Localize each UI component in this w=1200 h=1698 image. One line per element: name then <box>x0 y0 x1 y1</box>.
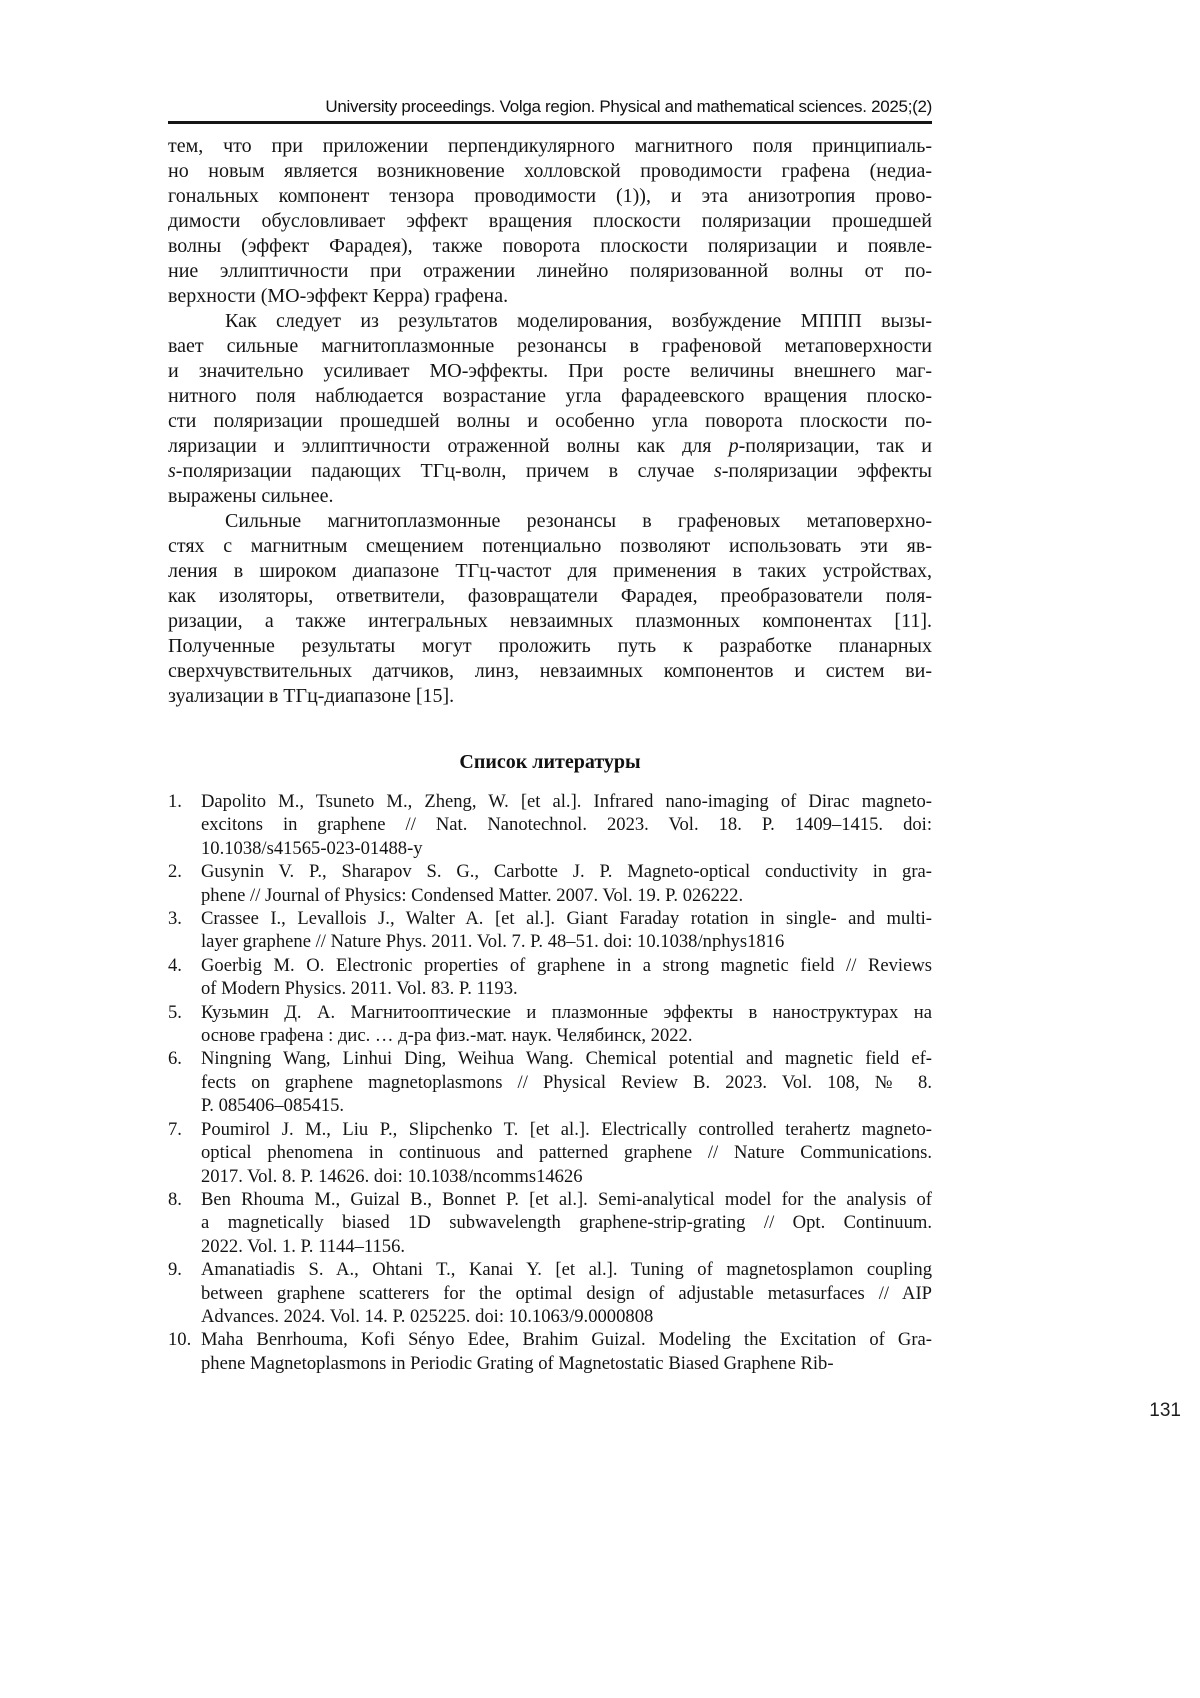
reference-line: основе графена : дис. … д-ра физ.-мат. н… <box>201 1024 932 1047</box>
reference-body: Goerbig M. O. Electronic properties of g… <box>201 954 932 1001</box>
body-text: тем, что при приложении перпендикулярног… <box>168 134 932 1375</box>
reference-line: Gusynin V. P., Sharapov S. G., Carbotte … <box>201 860 932 883</box>
reference-line: 2017. Vol. 8. P. 14626. doi: 10.1038/nco… <box>201 1165 932 1188</box>
body-line: гональных компонент тензора проводимости… <box>168 184 932 209</box>
reference-body: Dapolito M., Tsuneto M., Zheng, W. [et a… <box>201 790 932 860</box>
reference-line: Amanatiadis S. A., Ohtani T., Kanai Y. [… <box>201 1258 932 1281</box>
reference-number: 4. <box>168 954 201 1001</box>
body-line: ляризации и эллиптичности отраженной вол… <box>168 434 932 459</box>
body-line: Как следует из результатов моделирования… <box>168 309 932 334</box>
references-list: 1.Dapolito M., Tsuneto M., Zheng, W. [et… <box>168 790 932 1375</box>
body-line: s-поляризации падающих ТГц-волн, причем … <box>168 459 932 484</box>
body-line: тем, что при приложении перпендикулярног… <box>168 134 932 159</box>
reference-line: phene Magnetoplasmons in Periodic Gratin… <box>201 1352 932 1375</box>
body-paragraph: Как следует из результатов моделирования… <box>168 309 932 509</box>
reference-number: 2. <box>168 860 201 907</box>
body-paragraph: тем, что при приложении перпендикулярног… <box>168 134 932 309</box>
reference-number: 3. <box>168 907 201 954</box>
body-line: стях с магнитным смещением потенциально … <box>168 534 932 559</box>
reference-number: 8. <box>168 1188 201 1258</box>
reference-line: Advances. 2024. Vol. 14. P. 025225. doi:… <box>201 1305 932 1328</box>
body-line: ления в широком диапазоне ТГц-частот для… <box>168 559 932 584</box>
reference-line: Dapolito M., Tsuneto M., Zheng, W. [et a… <box>201 790 932 813</box>
reference-number: 6. <box>168 1047 201 1117</box>
reference-number: 9. <box>168 1258 201 1328</box>
reference-item: 9.Amanatiadis S. A., Ohtani T., Kanai Y.… <box>168 1258 932 1328</box>
body-line: сверхчувствительных датчиков, линз, невз… <box>168 659 932 684</box>
reference-body: Amanatiadis S. A., Ohtani T., Kanai Y. [… <box>201 1258 932 1328</box>
body-line: сти поляризации прошедшей волны и особен… <box>168 409 932 434</box>
references-heading: Список литературы <box>168 750 932 775</box>
paragraphs-container: тем, что при приложении перпендикулярног… <box>168 134 932 709</box>
reference-body: Ningning Wang, Linhui Ding, Weihua Wang.… <box>201 1047 932 1117</box>
body-line: и значительно усиливает МО-эффекты. При … <box>168 359 932 384</box>
body-line: ние эллиптичности при отражении линейно … <box>168 259 932 284</box>
reference-line: 2022. Vol. 1. P. 1144–1156. <box>201 1235 932 1258</box>
reference-item: 5.Кузьмин Д. А. Магнитооптические и плаз… <box>168 1001 932 1048</box>
body-line: Полученные результаты могут проложить пу… <box>168 634 932 659</box>
reference-body: Кузьмин Д. А. Магнитооптические и плазмо… <box>201 1001 932 1048</box>
reference-number: 7. <box>168 1118 201 1188</box>
reference-line: Crassee I., Levallois J., Walter A. [et … <box>201 907 932 930</box>
reference-line: 10.1038/s41565-023-01488-y <box>201 837 932 860</box>
reference-number: 5. <box>168 1001 201 1048</box>
reference-item: 8.Ben Rhouma M., Guizal B., Bonnet P. [e… <box>168 1188 932 1258</box>
reference-body: Maha Benrhouma, Kofi Sényo Edee, Brahim … <box>201 1328 932 1375</box>
reference-line: fects on graphene magnetoplasmons // Phy… <box>201 1071 932 1094</box>
reference-line: Maha Benrhouma, Kofi Sényo Edee, Brahim … <box>201 1328 932 1351</box>
reference-line: P. 085406–085415. <box>201 1094 932 1117</box>
body-line: верхности (МО-эффект Керра) графена. <box>168 284 932 309</box>
body-line: ризации, а также интегральных невзаимных… <box>168 609 932 634</box>
body-line: димости обусловливает эффект вращения пл… <box>168 209 932 234</box>
reference-line: phene // Journal of Physics: Condensed M… <box>201 884 932 907</box>
reference-number: 10. <box>168 1328 201 1375</box>
page-number: 131 <box>0 1400 1200 1422</box>
reference-line: optical phenomena in continuous and patt… <box>201 1141 932 1164</box>
reference-item: 3.Crassee I., Levallois J., Walter A. [e… <box>168 907 932 954</box>
reference-line: Ben Rhouma M., Guizal B., Bonnet P. [et … <box>201 1188 932 1211</box>
reference-line: Кузьмин Д. А. Магнитооптические и плазмо… <box>201 1001 932 1024</box>
reference-item: 1.Dapolito M., Tsuneto M., Zheng, W. [et… <box>168 790 932 860</box>
reference-body: Ben Rhouma M., Guizal B., Bonnet P. [et … <box>201 1188 932 1258</box>
reference-item: 2.Gusynin V. P., Sharapov S. G., Carbott… <box>168 860 932 907</box>
reference-line: excitons in graphene // Nat. Nanotechnol… <box>201 813 932 836</box>
reference-body: Poumirol J. M., Liu P., Slipchenko T. [e… <box>201 1118 932 1188</box>
body-line: волны (эффект Фарадея), также поворота п… <box>168 234 932 259</box>
running-header: University proceedings. Volga region. Ph… <box>168 97 932 117</box>
body-line: нитного поля наблюдается возрастание угл… <box>168 384 932 409</box>
reference-line: a magnetically biased 1D subwavelength g… <box>201 1211 932 1234</box>
reference-number: 1. <box>168 790 201 860</box>
body-line: но новым является возникновение холловск… <box>168 159 932 184</box>
body-line: Сильные магнитоплазмонные резонансы в гр… <box>168 509 932 534</box>
reference-line: Poumirol J. M., Liu P., Slipchenko T. [e… <box>201 1118 932 1141</box>
body-line: выражены сильнее. <box>168 484 932 509</box>
reference-item: 10.Maha Benrhouma, Kofi Sényo Edee, Brah… <box>168 1328 932 1375</box>
body-paragraph: Сильные магнитоплазмонные резонансы в гр… <box>168 509 932 709</box>
reference-body: Crassee I., Levallois J., Walter A. [et … <box>201 907 932 954</box>
reference-line: Goerbig M. O. Electronic properties of g… <box>201 954 932 977</box>
reference-item: 4.Goerbig M. O. Electronic properties of… <box>168 954 932 1001</box>
reference-line: Ningning Wang, Linhui Ding, Weihua Wang.… <box>201 1047 932 1070</box>
reference-line: between graphene scatterers for the opti… <box>201 1282 932 1305</box>
reference-body: Gusynin V. P., Sharapov S. G., Carbotte … <box>201 860 932 907</box>
body-line: вает сильные магнитоплазмонные резонансы… <box>168 334 932 359</box>
reference-item: 6.Ningning Wang, Linhui Ding, Weihua Wan… <box>168 1047 932 1117</box>
body-line: зуализации в ТГц-диапазоне [15]. <box>168 684 932 709</box>
journal-page: University proceedings. Volga region. Ph… <box>0 0 1200 1698</box>
header-rule <box>168 121 932 124</box>
reference-line: of Modern Physics. 2011. Vol. 83. P. 119… <box>201 977 932 1000</box>
reference-line: layer graphene // Nature Phys. 2011. Vol… <box>201 930 932 953</box>
body-line: как изоляторы, ответвители, фазовращател… <box>168 584 932 609</box>
reference-item: 7.Poumirol J. M., Liu P., Slipchenko T. … <box>168 1118 932 1188</box>
